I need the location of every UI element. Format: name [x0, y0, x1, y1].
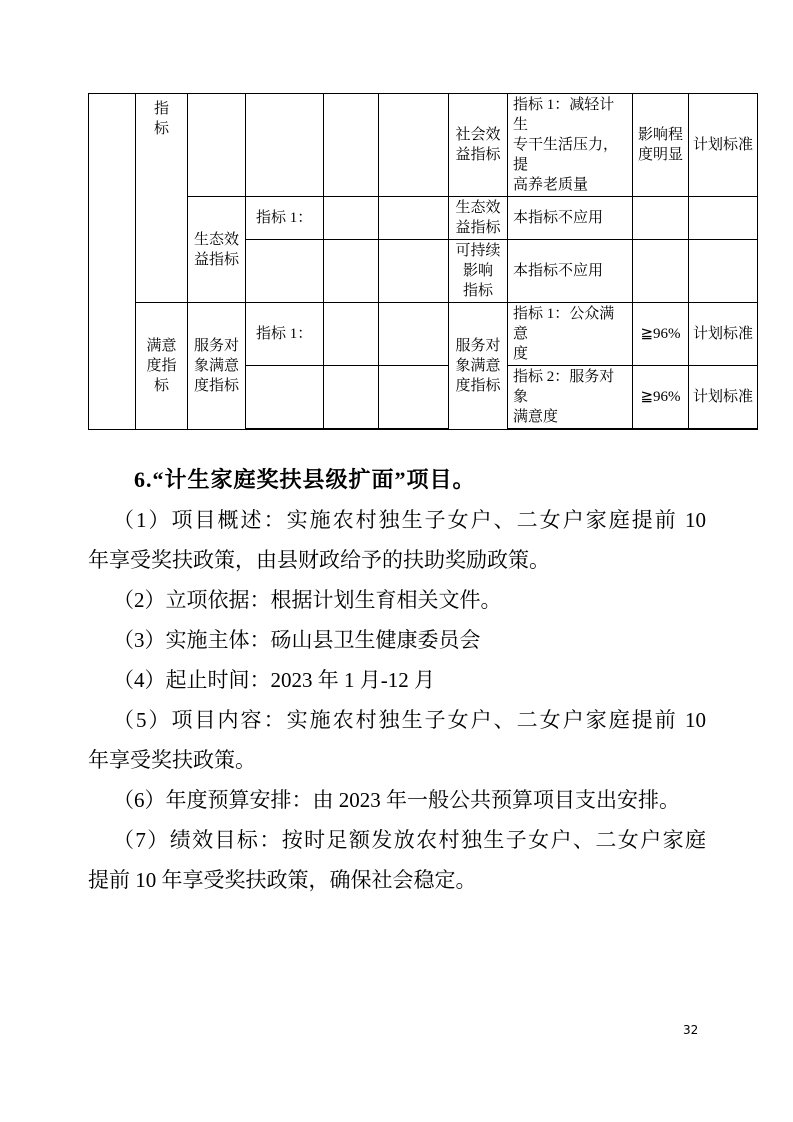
cell-service-standard1: 计划标准 — [689, 303, 758, 366]
cell-service-metric1: 指标 1：公众满意 度 — [508, 303, 633, 366]
indicator-group-line: 标 — [139, 119, 184, 139]
page-number: 32 — [683, 1022, 698, 1038]
cell-empty — [324, 303, 379, 366]
cell-social-benefit-value: 影响程 度明显 — [633, 94, 689, 197]
document-page: 指 标 社会效 益指标 指标 1：减轻计生 专干生活压力，提 高养老质量 影响程… — [0, 0, 793, 1122]
cell-service-value1: ≧96% — [633, 303, 689, 366]
cell-empty — [379, 303, 449, 366]
cell-social-benefit-header: 社会效 益指标 — [449, 94, 508, 197]
paragraph-3: （3）实施主体：砀山县卫生健康委员会 — [88, 620, 706, 660]
section-heading: 6.“计生家庭奖扶县级扩面”项目。 — [88, 460, 706, 500]
cell-empty — [324, 197, 379, 240]
cell-eco-benefit-header: 生态效 益指标 — [449, 197, 508, 240]
cell-service-satisfaction-group: 服务对 象满意 度指标 — [188, 303, 246, 430]
cell-service-value2: ≧96% — [633, 366, 689, 430]
cell-social-benefit-metric: 指标 1：减轻计生 专干生活压力，提 高养老质量 — [508, 94, 633, 197]
cell-sustainability-metric: 本指标不应用 — [508, 240, 633, 303]
paragraph-7-line-2: 提前 10 年享受奖扶政策，确保社会稳定。 — [88, 860, 706, 900]
cell-empty — [379, 366, 449, 430]
cell-empty — [246, 240, 324, 303]
project-section: 6.“计生家庭奖扶县级扩面”项目。 （1）项目概述：实施农村独生子女户、二女户家… — [88, 460, 706, 900]
cell-empty — [324, 240, 379, 303]
paragraph-4: （4）起止时间：2023 年 1 月-12 月 — [88, 660, 706, 700]
cell-empty — [633, 240, 689, 303]
cell-satisfaction-group: 满意 度指 标 — [136, 303, 188, 430]
performance-indicator-table: 指 标 社会效 益指标 指标 1：减轻计生 专干生活压力，提 高养老质量 影响程… — [88, 93, 758, 430]
cell-empty — [379, 197, 449, 240]
cell-empty — [324, 94, 379, 197]
cell-empty — [633, 197, 689, 240]
cell-service-satisfaction-header: 服务对 象满意 度指标 — [449, 303, 508, 430]
cell-left-margin — [89, 94, 136, 430]
cell-empty — [246, 366, 324, 430]
cell-empty — [246, 94, 324, 197]
cell-indicator-group: 指 标 — [136, 94, 188, 303]
cell-social-benefit-standard: 计划标准 — [689, 94, 758, 197]
paragraph-2: （2）立项依据：根据计划生育相关文件。 — [88, 580, 706, 620]
cell-empty — [324, 366, 379, 430]
cell-service-standard2: 计划标准 — [689, 366, 758, 430]
paragraph-5-line-2: 年享受奖扶政策。 — [88, 740, 706, 780]
cell-empty — [379, 240, 449, 303]
cell-empty — [689, 197, 758, 240]
indicator-group-line: 指 — [139, 99, 184, 119]
cell-empty — [188, 94, 246, 197]
paragraph-7-line-1: （7）绩效目标：按时足额发放农村独生子女户、二女户家庭 — [88, 820, 706, 860]
cell-eco-benefit-metric: 本指标不应用 — [508, 197, 633, 240]
paragraph-1-line-2: 年享受奖扶政策，由县财政给予的扶助奖励政策。 — [88, 540, 706, 580]
paragraph-6: （6）年度预算安排：由 2023 年一般公共预算项目支出安排。 — [88, 780, 706, 820]
cell-service-metric1-label: 指标 1： — [246, 303, 324, 366]
cell-empty — [379, 94, 449, 197]
cell-eco-metric1-label: 指标 1： — [246, 197, 324, 240]
cell-service-metric2: 指标 2：服务对象 满意度 — [508, 366, 633, 430]
cell-eco-benefit-group: 生态效 益指标 — [188, 197, 246, 303]
cell-empty — [689, 240, 758, 303]
paragraph-1-line-1: （1）项目概述：实施农村独生子女户、二女户家庭提前 10 — [88, 500, 706, 540]
cell-sustainability-header: 可持续 影响 指标 — [449, 240, 508, 303]
paragraph-5-line-1: （5）项目内容：实施农村独生子女户、二女户家庭提前 10 — [88, 700, 706, 740]
